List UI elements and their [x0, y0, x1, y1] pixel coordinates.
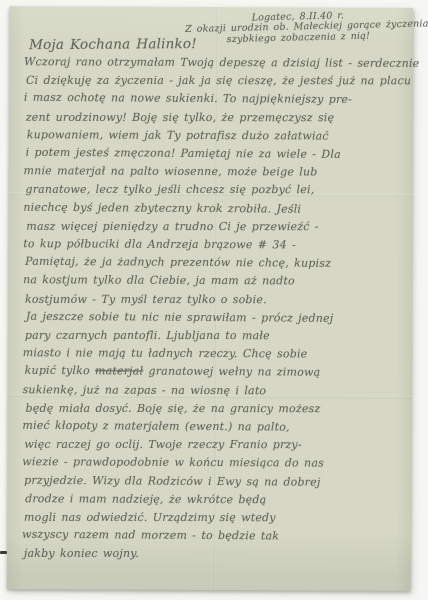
handwritten-line: mnie materjał na palto wiosenne, może be…	[24, 162, 416, 182]
handwritten-line: pary czarnych pantofli. Ljubljana to mał…	[23, 327, 415, 346]
handwritten-line: wszyscy razem nad morzem - to będzie tak	[22, 526, 414, 547]
scanned-letter-photo: Logatec, 8.II.40 r. Z okazji urodzin ob.…	[0, 0, 428, 600]
handwritten-line: kupić tylko materjał granatowej wełny na…	[23, 362, 415, 383]
handwritten-line: i potem jesteś zmęczona! Pamiętaj nie za…	[24, 144, 416, 165]
handwritten-line: na kostjum tylko dla Ciebie, ja mam aż n…	[23, 272, 415, 292]
handwritten-line: sukienkę, już na zapas - na wiosnę i lat…	[23, 381, 415, 401]
handwritten-line: Wczoraj rano otrzymałam Twoją depeszę a …	[24, 53, 416, 73]
scan-artifact	[0, 551, 7, 554]
handwritten-line: jakby koniec wojny.	[22, 545, 414, 564]
handwritten-line: Pamiętaj, że ja żadnych prezentów nie ch…	[23, 253, 415, 274]
letter-body: Wczoraj rano otrzymałam Twoją depeszę a …	[22, 53, 416, 564]
struck-word: materjał	[95, 365, 143, 378]
handwritten-line: drodze i mam nadzieję, że wkrótce będą	[22, 490, 414, 510]
handwritten-line: masz więcej pieniędzy a trudno Ci je prz…	[23, 218, 415, 237]
handwritten-line: będę miała dosyć. Boję się, że na granic…	[23, 400, 415, 419]
handwritten-line: mieć kłopoty z materjałem (ewent.) na pa…	[22, 417, 414, 438]
handwritten-line: Ci dziękuję za życzenia - jak ja się cie…	[24, 72, 416, 91]
letter-header: Logatec, 8.II.40 r. Z okazji urodzin ob.…	[185, 9, 412, 46]
salutation: Moja Kochana Halinko!	[29, 36, 197, 53]
handwritten-line: zent urodzinowy! Boję się tylko, że prze…	[24, 108, 416, 127]
handwritten-line: więc raczej go oclij. Twoje rzeczy Frani…	[22, 436, 414, 455]
handwritten-line: kupowaniem, wiem jak Ty potrafisz dużo z…	[24, 126, 416, 146]
handwritten-line: kostjumów - Ty myśl teraz tylko o sobie.	[23, 290, 415, 309]
handwritten-line: granatowe, lecz tylko jeśli chcesz się p…	[23, 181, 415, 200]
handwritten-line: mogli nas odwiedzić. Urządzimy się wtedy	[22, 509, 414, 528]
handwritten-line: i masz ochotę na nowe sukienki. To najpi…	[24, 89, 416, 110]
handwritten-line: Ja jeszcze sobie tu nic nie sprawiłam - …	[23, 308, 415, 329]
handwritten-line: wiezie - prawdopodobnie w końcu miesiąca…	[22, 454, 414, 474]
handwritten-line: przyjedzie. Wizy dla Rodziców i Ewy są n…	[22, 471, 414, 492]
handwritten-line: niechcę byś jeden zbyteczny krok zrobiła…	[23, 198, 415, 219]
letter-paper: Logatec, 8.II.40 r. Z okazji urodzin ob.…	[7, 6, 414, 591]
